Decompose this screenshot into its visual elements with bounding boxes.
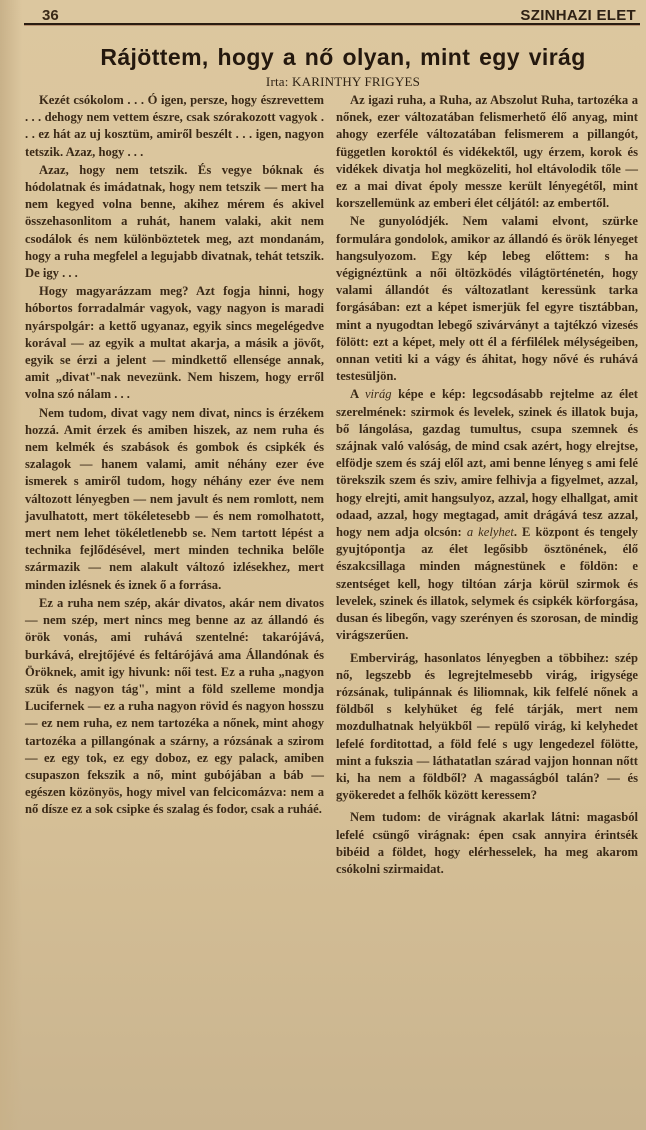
paragraph: Nem tudom: de virágnak akarlak látni: ma… [336,809,638,878]
left-column: Kezét csókolom . . . Ó igen, persze, hog… [25,92,324,820]
paragraph: Hogy magyarázzam meg? Azt fogja hinni, h… [25,283,324,403]
byline-prefix: Irta: [266,74,289,89]
page-number: 36 [24,7,59,24]
paragraph: Az igazi ruha, a Ruha, az Abszolut Ruha,… [336,92,638,212]
emphasis: virág [365,387,392,401]
article-title: Rájöttem, hogy a nő olyan, mint egy virá… [0,44,646,71]
paragraph: Nem tudom, divat vagy nem divat, nincs i… [25,405,324,594]
magazine-page: 36 SZINHAZI ELET Rájöttem, hogy a nő oly… [0,0,646,1130]
header-rule [24,23,640,25]
byline: Irta: KARINTHY FRIGYES [0,74,646,90]
paragraph: Azaz, hogy nem tetszik. És vegye bóknak … [25,162,324,282]
right-column: Az igazi ruha, a Ruha, az Abszolut Ruha,… [336,92,638,879]
paragraph: Embervirág, hasonlatos lényegben a többi… [336,650,638,805]
emphasis: a kelyhet [467,525,514,539]
author-name: KARINTHY FRIGYES [292,74,420,89]
paragraph: A virág képe e kép: legcsodásabb rejtelm… [336,386,638,644]
running-head: 36 SZINHAZI ELET [24,2,638,24]
paragraph: Ne gunyolódjék. Nem valami elvont, szürk… [336,213,638,385]
magazine-name: SZINHAZI ELET [520,7,638,24]
paragraph: Kezét csókolom . . . Ó igen, persze, hog… [25,92,324,161]
paragraph: Ez a ruha nem szép, akár divatos, akár n… [25,595,324,819]
